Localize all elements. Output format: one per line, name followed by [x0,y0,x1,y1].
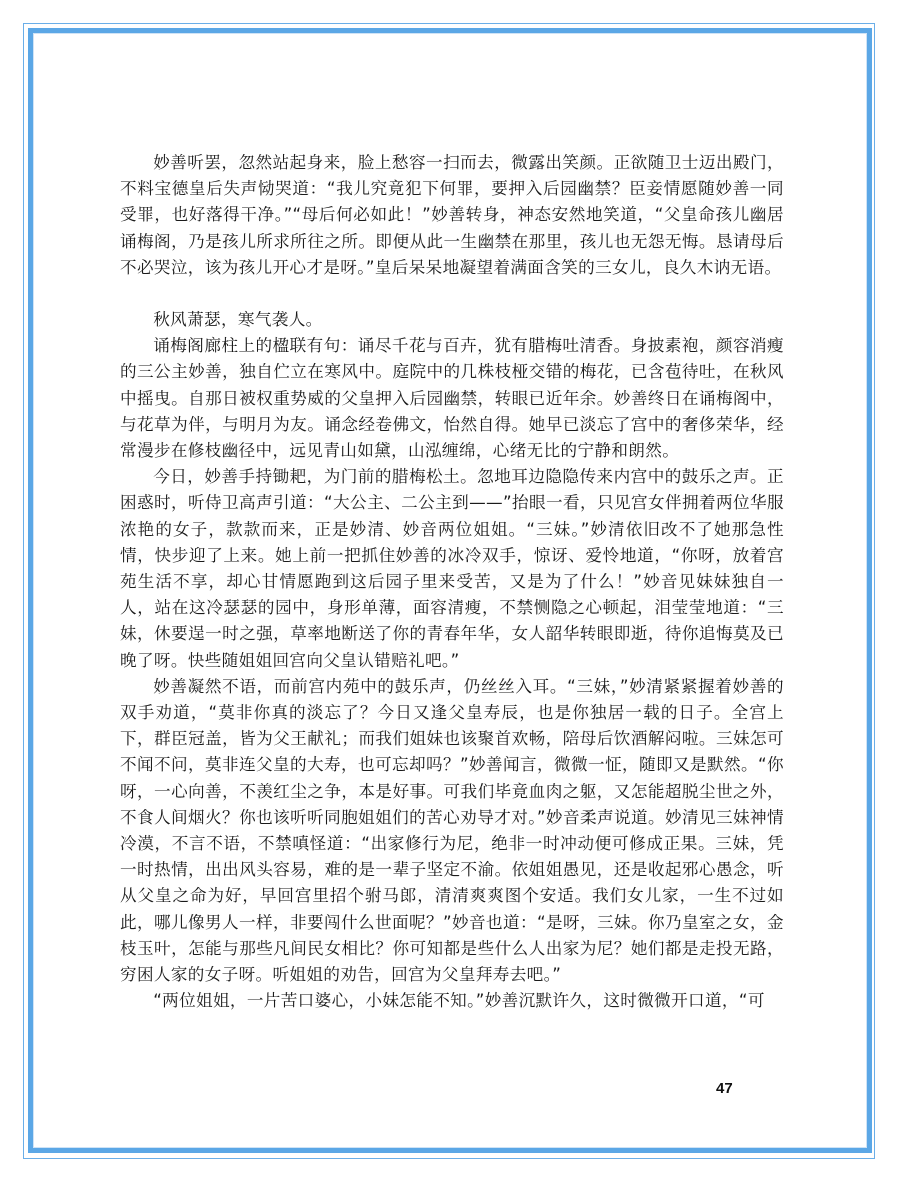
paragraph: 妙善凝然不语，而前宫内苑中的鼓乐声，仍丝丝入耳。“三妹，”妙清紧紧握着妙善的双手… [120,674,784,988]
page-number: 47 [716,1080,733,1097]
paragraph: 今日，妙善手持锄耙，为门前的腊梅松土。忽地耳边隐隐传来内宫中的鼓乐之声。正困惑时… [120,464,784,674]
paragraph: 秋风萧瑟，寒气袭人。 [120,307,784,333]
paragraph: 诵梅阁廊柱上的楹联有句：诵尽千花与百卉，犹有腊梅吐清香。身披素袍，颜容消瘦的三公… [120,333,784,464]
paragraph: “两位姐姐，一片苦口婆心，小妹怎能不知。”妙善沉默许久，这时微微开口道，“可 [120,988,784,1014]
paragraph: 妙善听罢，忽然站起身来，脸上愁容一扫而去，微露出笑颜。正欲随卫士迈出殿门，不料宝… [120,150,784,281]
page-body: 妙善听罢，忽然站起身来，脸上愁容一扫而去，微露出笑颜。正欲随卫士迈出殿门，不料宝… [120,150,784,1015]
